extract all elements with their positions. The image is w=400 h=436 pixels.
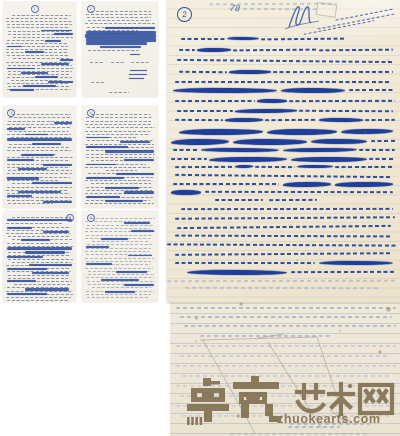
typed-text-line (92, 241, 150, 242)
ink-line (230, 433, 370, 435)
typed-text-line (85, 23, 155, 24)
typed-text-line (7, 193, 70, 194)
typed-text-line (87, 225, 153, 226)
typed-text-line (7, 24, 72, 25)
typed-text-line (109, 92, 130, 93)
ink-line (179, 71, 227, 73)
typed-text-line (6, 49, 69, 50)
ink-line (105, 187, 139, 189)
ink-line (29, 264, 73, 266)
auction-photo: 123456 2 78 卓克 艺术网 (0, 0, 400, 436)
typed-text-line (7, 27, 70, 28)
ink-line (7, 68, 35, 70)
ink-line (173, 183, 279, 185)
ink-line (173, 149, 199, 151)
ink-strikethrough (229, 70, 271, 74)
typed-text-line (87, 17, 151, 18)
typed-text-line (91, 82, 105, 83)
ink-line (319, 81, 391, 83)
foxing-spot (386, 307, 391, 312)
ink-line (48, 81, 73, 83)
typed-text-line (8, 236, 70, 237)
ink-strikethrough (171, 190, 201, 195)
ink-line (21, 72, 49, 74)
ink-strikethrough (173, 88, 277, 94)
thumbnail-page-5: 5 (3, 211, 76, 302)
ink-line (131, 230, 154, 232)
ink-line (130, 54, 140, 55)
typed-text-line (85, 268, 153, 269)
ink-line (7, 128, 25, 130)
ink-line (32, 182, 72, 184)
ink-strikethrough (319, 118, 363, 122)
typed-text-line (85, 180, 151, 181)
typed-text-line (6, 43, 68, 44)
typed-text-line (7, 180, 60, 181)
ink-line (176, 365, 396, 367)
typed-text-line (7, 124, 71, 125)
thumbnail-page-6: 6 (82, 211, 158, 302)
ink-line (105, 27, 155, 30)
typed-text-line (85, 144, 154, 145)
ink-line (319, 49, 393, 52)
ink-line (25, 51, 44, 53)
typed-text-line (86, 294, 150, 295)
typed-text-line (109, 137, 137, 138)
ink-line (265, 119, 317, 121)
typed-text-line (8, 275, 71, 276)
typed-text-line (7, 173, 73, 174)
ink-line (215, 199, 263, 201)
ink-line (54, 33, 73, 35)
thumbnail-page-3: 3 (3, 106, 76, 208)
ink-strikethrough (235, 165, 253, 168)
typed-text-line (85, 258, 153, 259)
ink-strikethrough (267, 129, 337, 135)
ink-line (7, 280, 36, 282)
ink-line (177, 225, 391, 229)
ink-line (7, 219, 73, 221)
ink-line (86, 164, 116, 166)
ink-line (41, 63, 69, 65)
ink-line (18, 168, 47, 170)
ink-line (23, 85, 55, 87)
ink-strikethrough (311, 139, 367, 144)
ink-strikethrough (179, 129, 263, 135)
typed-text-line (90, 62, 104, 63)
ink-line (176, 307, 396, 309)
ink-line (176, 385, 396, 387)
ink-line (291, 271, 395, 273)
ink-line (359, 149, 395, 151)
ink-line (124, 284, 154, 286)
ink-line (185, 287, 381, 289)
typed-text-line (131, 62, 148, 63)
ink-line (124, 159, 154, 161)
ink-line (116, 173, 154, 175)
foxing-spot (378, 350, 382, 354)
ink-line (43, 201, 72, 203)
ink-line (167, 280, 397, 282)
thumbnail-page-1: 1 (3, 2, 76, 97)
ink-strikethrough (335, 182, 393, 187)
ink-line (181, 208, 393, 210)
typed-text-line (86, 261, 151, 262)
typed-text-line (7, 300, 69, 301)
ink-strikethrough (235, 109, 297, 113)
ink-strikethrough (341, 129, 393, 134)
typed-text-line (86, 14, 153, 15)
ink-line (7, 293, 47, 295)
ink-line (21, 154, 54, 156)
ink-line (175, 119, 223, 121)
typed-text-line (8, 259, 73, 260)
ink-line (205, 191, 393, 193)
ink-line (129, 74, 147, 75)
ink-strikethrough (227, 37, 259, 40)
ink-line (349, 89, 393, 91)
ink-line (182, 415, 392, 417)
ink-line (177, 110, 233, 112)
ink-line (100, 46, 141, 49)
typed-text-line (7, 187, 72, 188)
ink-line (43, 164, 72, 166)
typed-text-line (111, 62, 124, 63)
ink-line (200, 335, 330, 337)
typed-text-line (86, 117, 153, 118)
ink-strikethrough (291, 157, 367, 162)
ruled-sketch-page (170, 303, 400, 436)
typed-text-line (92, 287, 151, 288)
typed-text-line (91, 11, 151, 12)
ink-strikethrough (297, 165, 333, 168)
typed-text-line (85, 203, 154, 204)
ink-line (175, 81, 317, 83)
typed-text-line (12, 15, 72, 16)
ink-line (299, 110, 393, 112)
ink-line (7, 247, 73, 249)
ink-line (365, 119, 395, 121)
typed-text-line (91, 183, 151, 184)
ink-line (175, 166, 233, 168)
ink-line (369, 158, 395, 160)
ink-line (180, 395, 390, 397)
ink-line (54, 122, 72, 124)
ink-line (181, 38, 225, 40)
typed-text-line (86, 235, 154, 236)
ink-line (86, 137, 109, 139)
typed-text-line (88, 274, 155, 275)
ink-strikethrough (225, 118, 263, 122)
page-number-circle-icon: 3 (7, 109, 15, 117)
ink-line (7, 159, 34, 161)
ink-line (180, 355, 390, 357)
ink-line (29, 265, 35, 266)
ink-line (43, 231, 69, 233)
ink-line (86, 146, 128, 148)
typed-text-line (9, 131, 69, 132)
typed-text-line (8, 147, 69, 148)
ink-line (290, 423, 370, 425)
typed-text-line (8, 170, 72, 171)
typed-text-line (88, 50, 139, 51)
page-number-circle-icon: 4 (87, 109, 95, 117)
ink-line (180, 316, 392, 318)
ink-line (7, 138, 73, 141)
typed-text-line (86, 228, 150, 229)
ink-line (233, 49, 317, 52)
foxing-spot (195, 317, 198, 320)
typed-text-line (8, 278, 69, 279)
ink-line (175, 174, 393, 178)
typed-text-line (12, 217, 71, 218)
typed-text-line (86, 121, 151, 122)
ink-line (25, 134, 48, 136)
ink-line (128, 255, 152, 257)
ink-line (129, 78, 144, 79)
ink-line (25, 251, 65, 253)
ink-strikethrough (209, 157, 287, 162)
ink-strikethrough (319, 261, 393, 265)
ink-line (116, 271, 146, 273)
ink-strikethrough (201, 148, 279, 153)
thumbnail-page-2: 2 (82, 2, 158, 97)
typed-text-line (13, 37, 73, 38)
pencil-sketch-mark (315, 2, 339, 19)
ink-strikethrough (257, 99, 287, 103)
typed-text-line (8, 203, 54, 204)
typed-text-line (88, 20, 151, 21)
typed-text-line (6, 18, 69, 19)
foxing-spot (236, 414, 240, 418)
typed-text-line (87, 297, 150, 298)
ink-line (86, 263, 113, 265)
typed-text-line (7, 83, 70, 84)
ink-strikethrough (283, 182, 331, 187)
ink-line (32, 272, 69, 274)
ink-line (7, 46, 22, 48)
ink-line (86, 42, 148, 45)
ink-line (175, 252, 393, 256)
ink-line (105, 150, 154, 152)
ink-line (229, 8, 319, 10)
ink-line (124, 191, 154, 193)
ink-line (10, 89, 33, 91)
typed-text-line (91, 114, 151, 115)
ink-line (130, 70, 147, 71)
ink-line (7, 227, 33, 229)
typed-text-line (85, 251, 150, 252)
typed-text-line (86, 157, 154, 158)
typed-text-line (106, 170, 137, 171)
ink-strikethrough (171, 139, 229, 145)
typed-text-line (9, 117, 72, 118)
page-number-circle-icon: 1 (31, 5, 39, 13)
typed-text-line (7, 243, 68, 244)
ink-line (45, 40, 61, 42)
typed-text-line (14, 284, 71, 285)
typed-text-line (7, 150, 71, 151)
typed-text-line (7, 157, 72, 158)
ink-line (175, 235, 393, 238)
typed-text-line (86, 154, 155, 155)
typed-text-line (6, 21, 72, 22)
typed-text-line (12, 114, 71, 115)
typed-text-line (87, 244, 152, 245)
typed-text-line (6, 233, 69, 234)
ink-line (86, 196, 120, 198)
ink-line (35, 76, 58, 78)
ink-line (7, 195, 33, 197)
typed-text-line (85, 124, 150, 125)
ink-strikethrough (281, 88, 345, 93)
ink-line (269, 199, 317, 201)
ink-line (184, 325, 396, 327)
ink-line (261, 38, 345, 41)
ink-line (176, 405, 394, 407)
ink-line (177, 59, 395, 63)
typed-text-line (6, 297, 71, 298)
typed-text-line (85, 131, 150, 132)
foxing-spot (377, 417, 380, 420)
ink-line (120, 141, 150, 143)
typed-text-line (12, 262, 71, 263)
ink-line (25, 288, 69, 291)
ink-strikethrough (283, 148, 357, 152)
ink-line (175, 100, 255, 102)
ink-strikethrough (233, 139, 307, 145)
ink-line (175, 216, 395, 219)
ink-line (335, 166, 393, 168)
ink-line (86, 246, 109, 248)
foxing-spot (239, 302, 243, 306)
ink-strikethrough (187, 270, 287, 276)
ink-line (175, 262, 315, 264)
typed-text-line (87, 127, 155, 128)
typed-text-line (91, 218, 155, 219)
typed-text-line (7, 55, 69, 56)
typed-text-line (6, 223, 62, 224)
ink-line (167, 243, 397, 246)
ink-line (124, 222, 151, 224)
ink-line (7, 268, 47, 270)
ink-line (273, 71, 393, 73)
ink-line (171, 158, 207, 160)
ink-line (7, 177, 40, 179)
ink-line (105, 200, 143, 202)
ink-line (371, 140, 397, 142)
ink-line (18, 191, 62, 193)
ink-line (255, 166, 295, 168)
typed-text-line (87, 134, 151, 135)
ink-line (101, 238, 128, 240)
ink-line (21, 239, 50, 241)
typed-text-line (85, 167, 150, 168)
ink-line (289, 100, 395, 102)
ink-line (32, 143, 61, 145)
ink-line (179, 49, 195, 51)
ink-line (182, 375, 392, 377)
ink-line (60, 59, 73, 61)
ink-line (288, 426, 340, 428)
ink-line (105, 291, 135, 293)
main-manuscript-page: 2 78 (167, 0, 400, 302)
ink-line (7, 256, 44, 258)
ink-line (176, 345, 396, 347)
thumbnail-page-4: 4 (82, 106, 158, 208)
ink-strikethrough (197, 48, 231, 52)
page-number-circle-icon: 2 (176, 6, 192, 22)
typed-text-line (8, 74, 70, 75)
